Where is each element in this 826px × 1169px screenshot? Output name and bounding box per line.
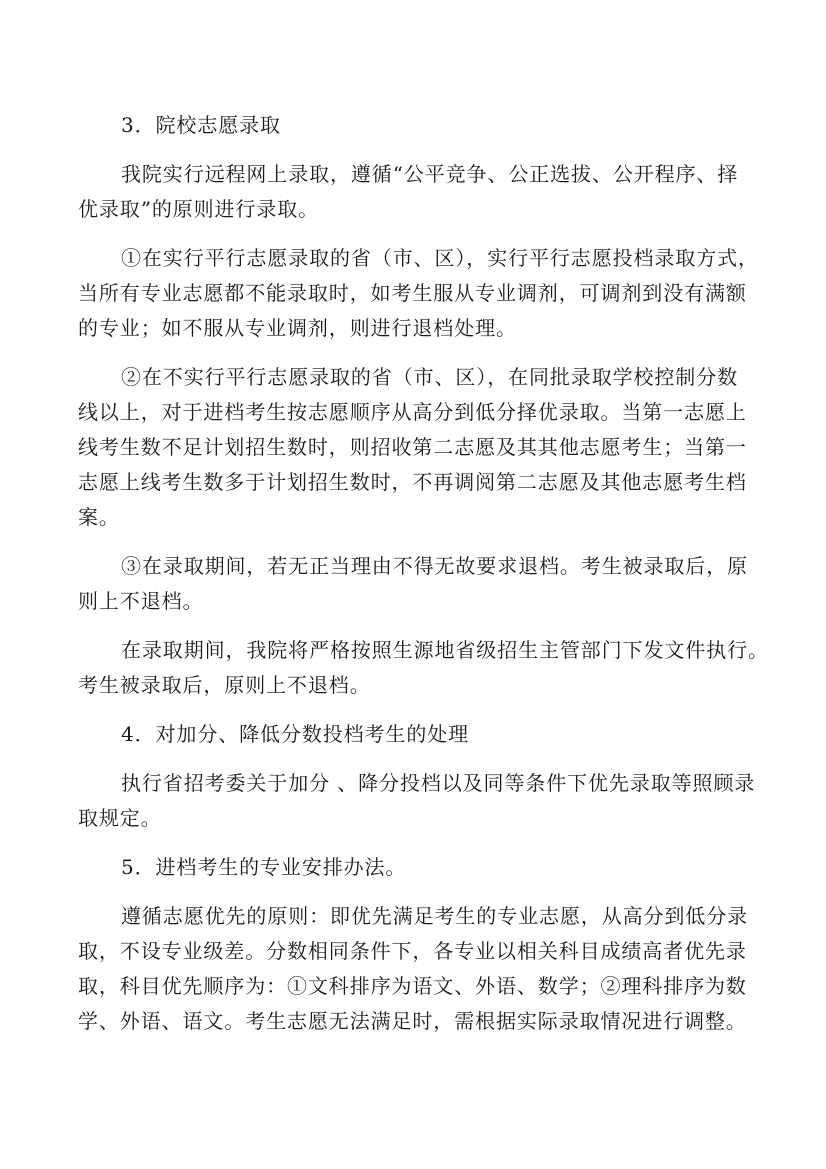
paragraph-line: 我院实行远程网上录取，遵循“公平竞争、公正选拔、公开程序、择 — [78, 157, 778, 192]
paragraph-line: 取规定。 — [78, 801, 778, 836]
heading-line: 5．进档考生的专业安排办法。 — [78, 850, 778, 885]
section-heading-5: 5．进档考生的专业安排办法。 — [78, 850, 778, 885]
paragraph-line: 优录取”的原则进行录取。 — [78, 192, 778, 227]
paragraph-line: 取，科目优先顺序为：①文科排序为语文、外语、数学；②理科排序为数 — [78, 969, 778, 1004]
paragraph-line: 线考生数不足计划招生数时，则招收第二志愿及其其他志愿考生；当第一 — [78, 430, 778, 465]
paragraph-line: ②在不实行平行志愿录取的省（市、区），在同批录取学校控制分数 — [78, 360, 778, 395]
paragraph-line: 的专业；如不服从专业调剂，则进行退档处理。 — [78, 311, 778, 346]
paragraph-line: 取，不设专业级差。分数相同条件下，各专业以相关科目成绩高者优先录 — [78, 934, 778, 969]
paragraph-line: 考生被录取后，原则上不退档。 — [78, 668, 778, 703]
paragraph-line: 执行省招考委关于加分 、降分投档以及同等条件下优先录取等照顾录 — [78, 766, 778, 801]
paragraph-line: ③在录取期间，若无正当理由不得无故要求退档。考生被录取后，原 — [78, 549, 778, 584]
section-heading-4: 4．对加分、降低分数投档考生的处理 — [78, 717, 778, 752]
paragraph-line: 遵循志愿优先的原则：即优先满足考生的专业志愿，从高分到低分录 — [78, 899, 778, 934]
paragraph-major-assignment: 遵循志愿优先的原则：即优先满足考生的专业志愿，从高分到低分录 取，不设专业级差。… — [78, 899, 778, 1039]
paragraph-line: 志愿上线考生数多于计划招生数时，不再调阅第二志愿及其他志愿考生档 — [78, 465, 778, 500]
paragraph-parallel-volunteer: ①在实行平行志愿录取的省（市、区），实行平行志愿投档录取方式， 当所有专业志愿都… — [78, 241, 778, 346]
paragraph-line: ①在实行平行志愿录取的省（市、区），实行平行志愿投档录取方式， — [78, 241, 778, 276]
heading-line: 4．对加分、降低分数投档考生的处理 — [78, 717, 778, 752]
paragraph-non-parallel-volunteer: ②在不实行平行志愿录取的省（市、区），在同批录取学校控制分数 线以上，对于进档考… — [78, 360, 778, 535]
document-page: 3．院校志愿录取 我院实行远程网上录取，遵循“公平竞争、公正选拔、公开程序、择 … — [78, 108, 778, 1053]
paragraph-bonus-points: 执行省招考委关于加分 、降分投档以及同等条件下优先录取等照顾录 取规定。 — [78, 766, 778, 836]
paragraph-withdrawal-rule: ③在录取期间，若无正当理由不得无故要求退档。考生被录取后，原 则上不退档。 — [78, 549, 778, 619]
paragraph-line: 则上不退档。 — [78, 584, 778, 619]
section-heading-3: 3．院校志愿录取 — [78, 108, 778, 143]
paragraph-line: 线以上，对于进档考生按志愿顺序从高分到低分择优录取。当第一志愿上 — [78, 395, 778, 430]
paragraph-line: 案。 — [78, 500, 778, 535]
paragraph-line: 学、外语、语文。考生志愿无法满足时，需根据实际录取情况进行调整。 — [78, 1004, 778, 1039]
paragraph-admission-period: 在录取期间，我院将严格按照生源地省级招生主管部门下发文件执行。 考生被录取后，原… — [78, 633, 778, 703]
paragraph-online-admission: 我院实行远程网上录取，遵循“公平竞争、公正选拔、公开程序、择 优录取”的原则进行… — [78, 157, 778, 227]
heading-line: 3．院校志愿录取 — [78, 108, 778, 143]
paragraph-line: 在录取期间，我院将严格按照生源地省级招生主管部门下发文件执行。 — [78, 633, 778, 668]
paragraph-line: 当所有专业志愿都不能录取时，如考生服从专业调剂，可调剂到没有满额 — [78, 276, 778, 311]
